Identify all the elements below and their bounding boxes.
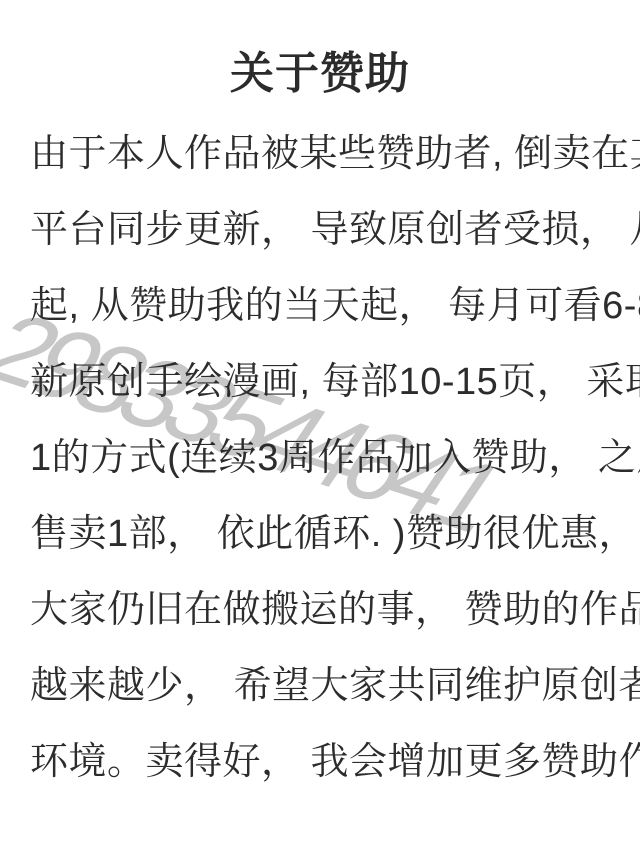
body-line: 1的方式(连续3周作品加入赞助， 之后单独 — [30, 420, 626, 496]
body-line: 由于本人作品被某些赞助者, 倒卖在其他 — [30, 116, 626, 192]
body-line: 售卖1部， 依此循环. )赞助很优惠， 如果 — [30, 496, 626, 572]
body-line: 起, 从赞助我的当天起， 每月可看6-8部最 — [30, 268, 626, 344]
body-line: 环境。卖得好， 我会增加更多赞助作品 — [30, 724, 626, 800]
body-line: 大家仍旧在做搬运的事， 赞助的作品会 — [30, 572, 626, 648]
page-title: 关于赞助 — [0, 50, 640, 98]
body-line: 平台同步更新， 导致原创者受损， 从今日 — [30, 192, 626, 268]
notice-body: 由于本人作品被某些赞助者, 倒卖在其他 平台同步更新， 导致原创者受损， 从今日… — [30, 116, 626, 800]
body-line: 越来越少， 希望大家共同维护原创者和 — [30, 648, 626, 724]
body-line: 新原创手绘漫画, 每部10-15页， 采取赞3售 — [30, 344, 626, 420]
